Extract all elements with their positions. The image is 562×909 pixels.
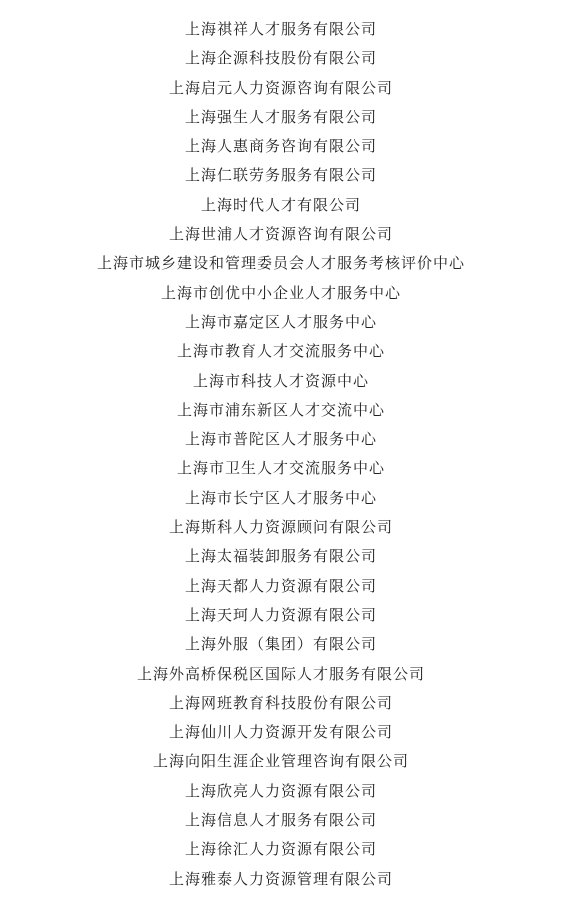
- company-list-item: 上海市科技人才资源中心: [0, 368, 562, 397]
- company-list-item: 上海网班教育科技股份有限公司: [0, 690, 562, 719]
- company-list-item: 上海天珂人力资源有限公司: [0, 602, 562, 631]
- company-list-item: 上海强生人才服务有限公司: [0, 104, 562, 133]
- company-list-item: 上海市城乡建设和管理委员会人才服务考核评价中心: [0, 250, 562, 279]
- company-list-item: 上海市长宁区人才服务中心: [0, 485, 562, 514]
- company-list-item: 上海天都人力资源有限公司: [0, 573, 562, 602]
- company-list-item: 上海市浦东新区人才交流中心: [0, 397, 562, 426]
- company-list-item: 上海时代人才有限公司: [0, 192, 562, 221]
- company-list-item: 上海祺祥人才服务有限公司: [0, 16, 562, 45]
- company-list-item: 上海外高桥保税区国际人才服务有限公司: [0, 661, 562, 690]
- company-list-item: 上海企源科技股份有限公司: [0, 45, 562, 74]
- company-list-item: 上海人惠商务咨询有限公司: [0, 133, 562, 162]
- company-list-item: 上海欣亮人力资源有限公司: [0, 778, 562, 807]
- company-list-item: 上海太福装卸服务有限公司: [0, 543, 562, 572]
- company-list-item: 上海市嘉定区人才服务中心: [0, 309, 562, 338]
- company-list-item: 上海市卫生人才交流服务中心: [0, 455, 562, 484]
- company-list-item: 上海世浦人才资源咨询有限公司: [0, 221, 562, 250]
- company-list-item: 上海向阳生涯企业管理咨询有限公司: [0, 748, 562, 777]
- company-list-item: 上海徐汇人力资源有限公司: [0, 836, 562, 865]
- company-list-item: 上海市教育人才交流服务中心: [0, 338, 562, 367]
- company-name-list: 上海祺祥人才服务有限公司 上海企源科技股份有限公司 上海启元人力资源咨询有限公司…: [0, 16, 562, 895]
- company-list-item: 上海外服（集团）有限公司: [0, 631, 562, 660]
- company-list-item: 上海仁联劳务服务有限公司: [0, 162, 562, 191]
- company-list-item: 上海仙川人力资源开发有限公司: [0, 719, 562, 748]
- document-page: 上海祺祥人才服务有限公司 上海企源科技股份有限公司 上海启元人力资源咨询有限公司…: [0, 0, 562, 909]
- company-list-item: 上海斯科人力资源顾问有限公司: [0, 514, 562, 543]
- company-list-item: 上海雅泰人力资源管理有限公司: [0, 866, 562, 895]
- company-list-item: 上海启元人力资源咨询有限公司: [0, 75, 562, 104]
- company-list-item: 上海市普陀区人才服务中心: [0, 426, 562, 455]
- company-list-item: 上海市创优中小企业人才服务中心: [0, 280, 562, 309]
- company-list-item: 上海信息人才服务有限公司: [0, 807, 562, 836]
